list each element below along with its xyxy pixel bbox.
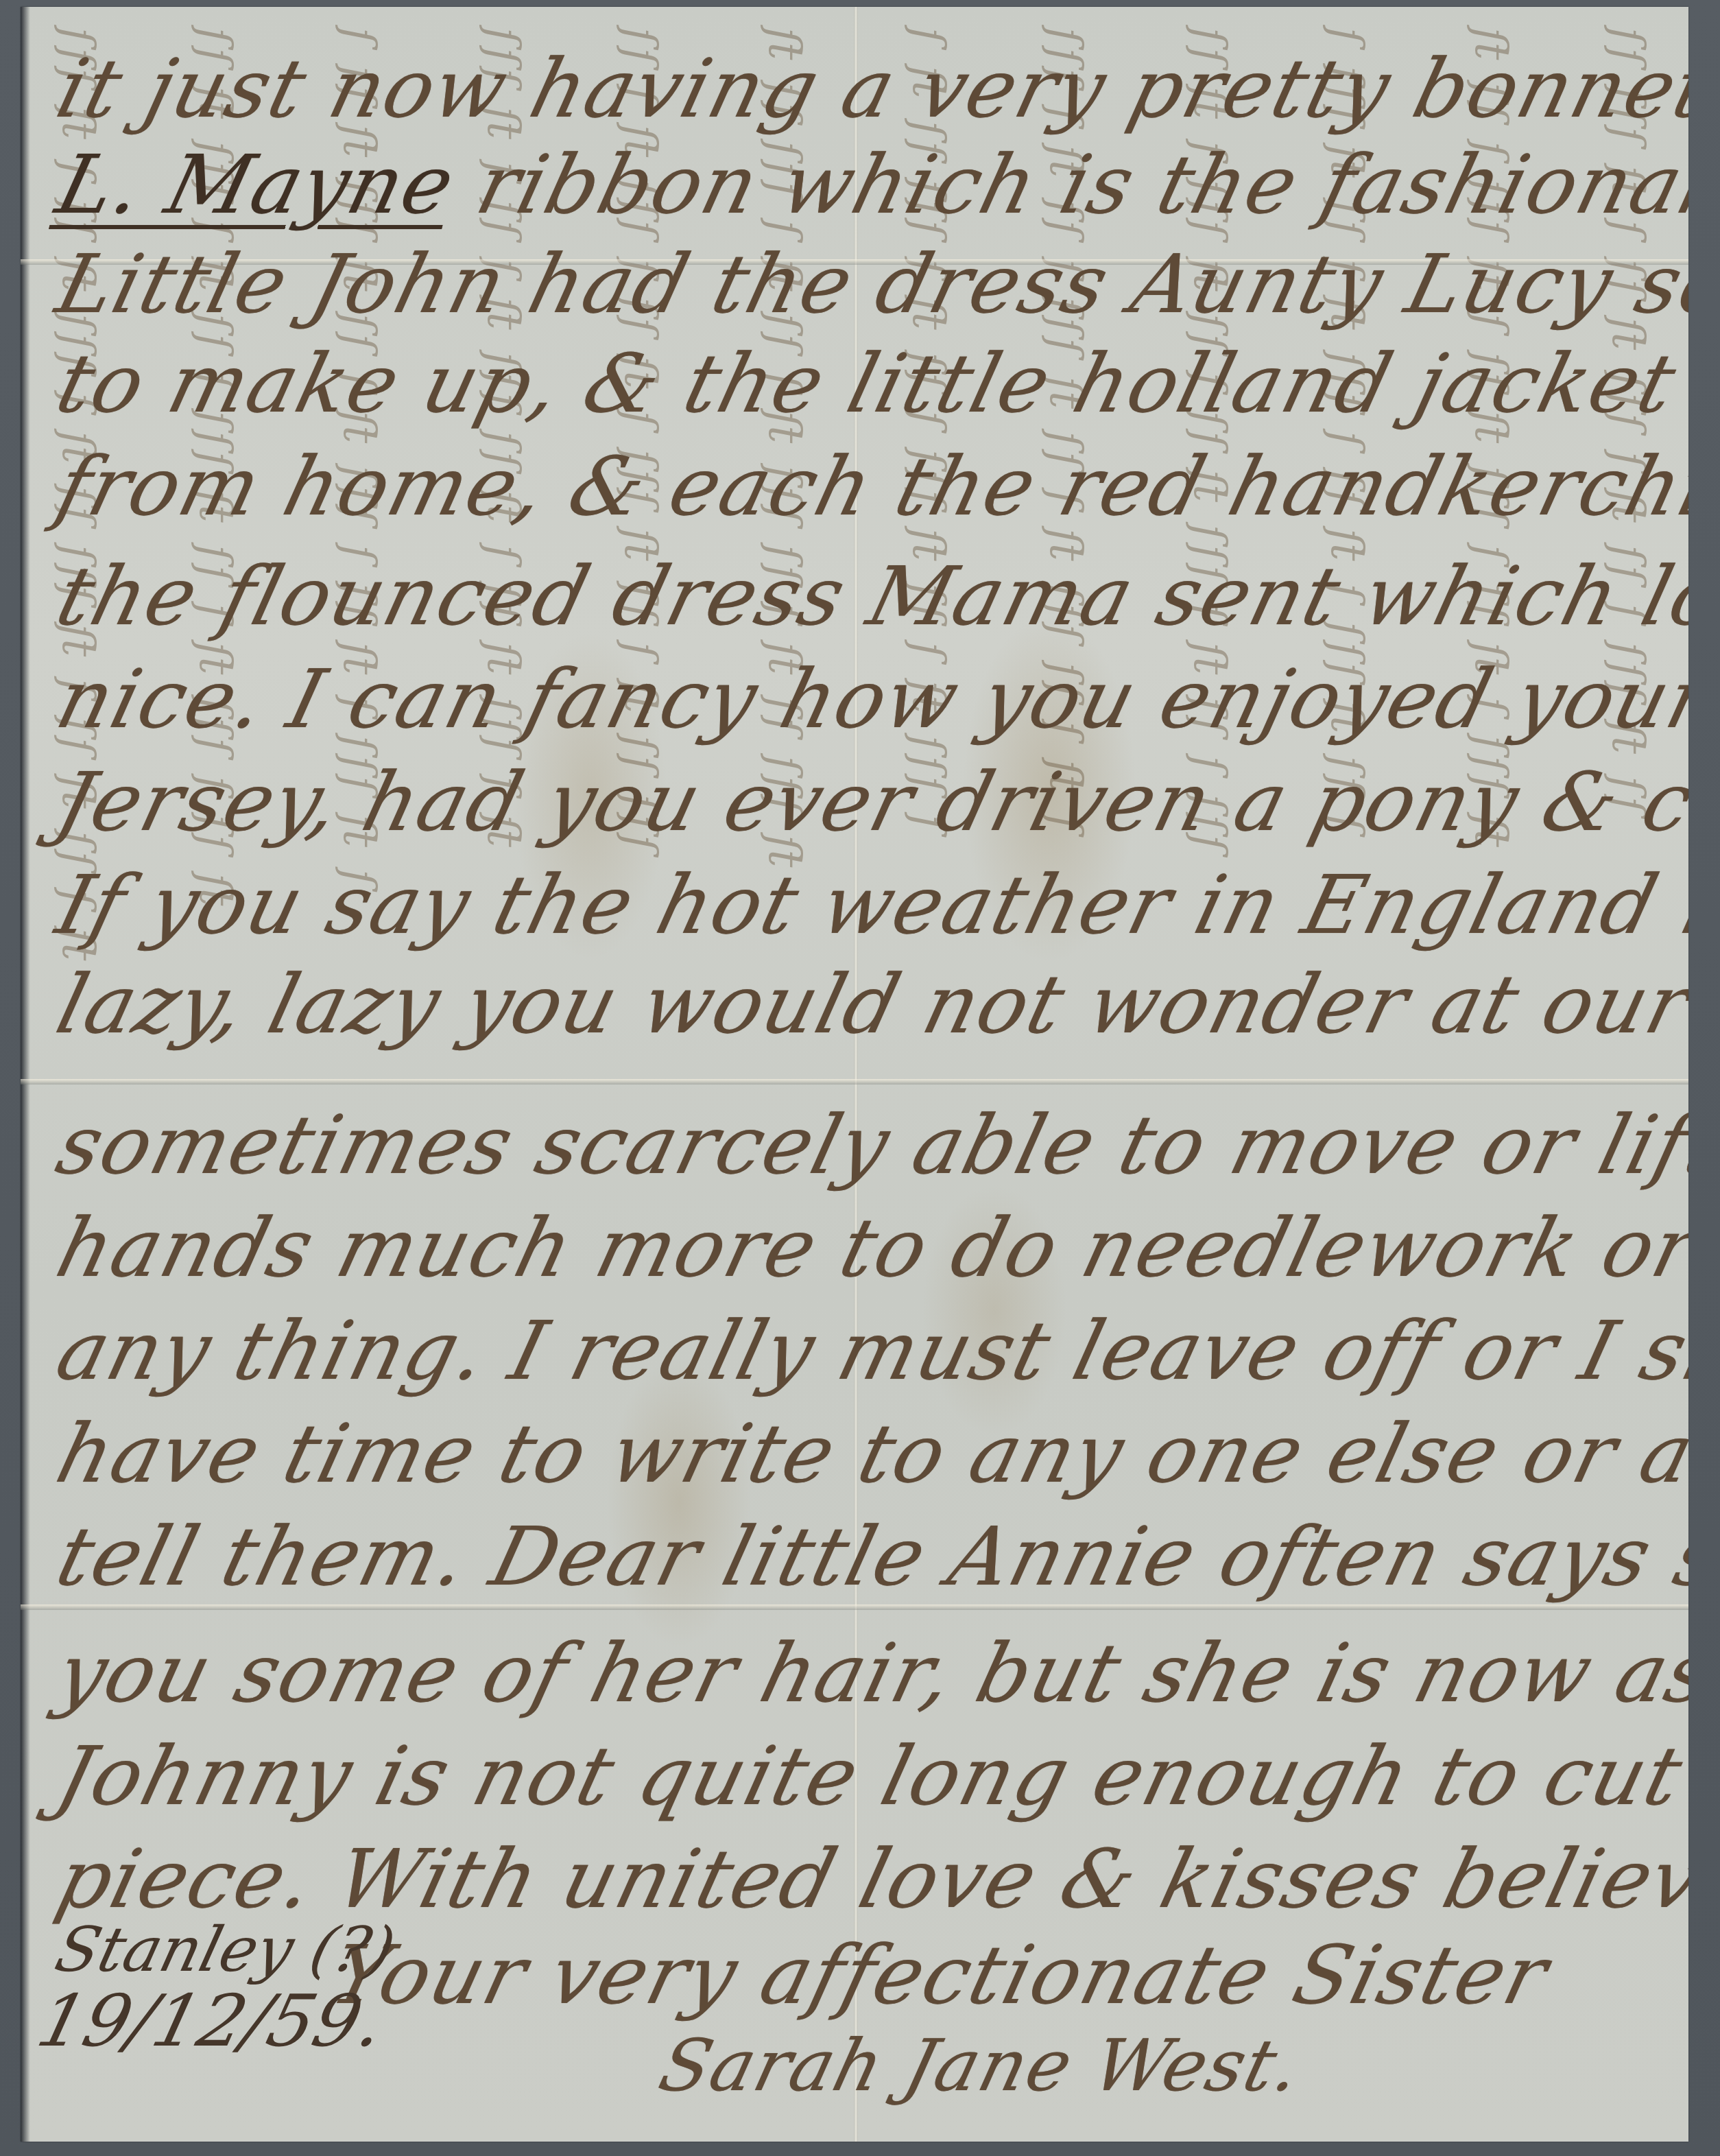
letter-line: piece. With united love & kisses believe… [48, 1832, 1688, 1926]
place-date-block: Stanley (?) 19/12/59. [29, 1914, 409, 2063]
letter-line: Johnny is not quite long enough to cut a… [48, 1729, 1688, 1823]
signature: Sarah Jane West. [652, 2024, 1311, 2107]
letter-date: 19/12/59. [29, 1979, 394, 2063]
letter-line: have time to write to any one else or an… [48, 1406, 1688, 1501]
letter-line: Little John had the dress Aunty Lucy sen… [48, 237, 1688, 331]
letter-line: it just now having a very pretty bonnet … [48, 41, 1688, 136]
letter-line: If you say the hot weather in England ma… [48, 857, 1688, 952]
letter-line: nice. I can fancy how you enjoyed your v… [48, 652, 1688, 746]
letter-line: any thing. I really must leave off or I … [48, 1303, 1688, 1398]
letter-line: hands much more to do needlework or in f… [48, 1200, 1688, 1295]
letter-place: Stanley (?) [49, 1914, 409, 1986]
letter-line: to make up, & the little holland jacket … [48, 336, 1688, 431]
letter-line: from home, & each the red handkerchiefs.… [48, 439, 1688, 534]
underlined-word: L. Mayne [48, 137, 464, 232]
letter-line: sometimes scarcely able to move or lift … [48, 1098, 1688, 1192]
page-edge-shadow [21, 7, 30, 2142]
letter-line: lazy, lazy you would not wonder at our b… [48, 957, 1688, 1052]
letter-line: the flounced dress Mama sent which looke… [48, 549, 1688, 643]
letter-line: Jersey, had you ever driven a pony & cha… [48, 755, 1688, 849]
letter-page: ſſſ ﬅ ſ ſſ ﬅ ſſſ ſ ﬅ ſſ ſſſ ﬅ ſ ſſ ﬅ ſſ … [21, 7, 1688, 2142]
fold-line-horizontal [21, 1079, 1688, 1085]
letter-line: you some of her hair, but she is now asl… [48, 1626, 1688, 1720]
closing-line: Your very affectionate Sister [322, 1928, 1558, 2022]
fold-line-horizontal [21, 1604, 1688, 1610]
letter-line-rest: ribbon which is the fashionable color [441, 137, 1688, 232]
letter-line: tell them. Dear little Annie often says … [48, 1509, 1688, 1604]
letter-line: L. Mayne ribbon which is the fashionable… [48, 137, 1688, 232]
